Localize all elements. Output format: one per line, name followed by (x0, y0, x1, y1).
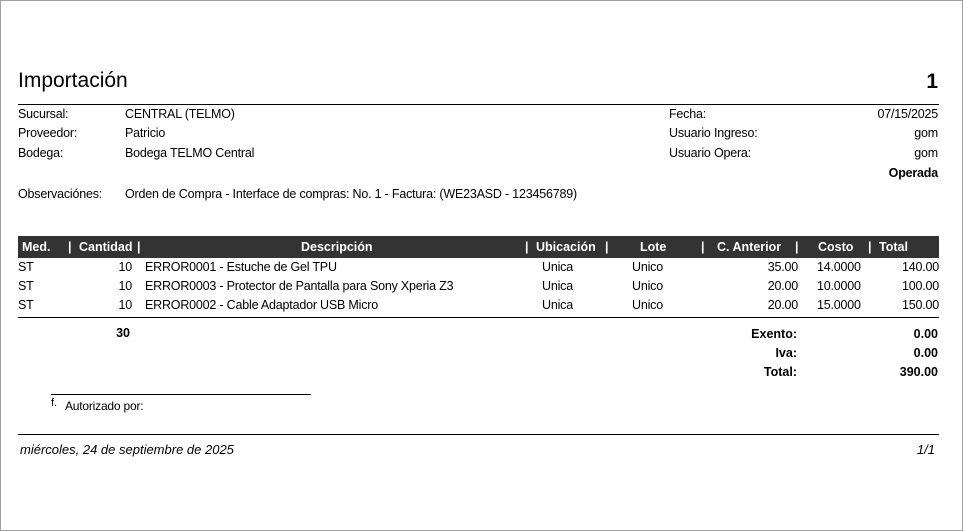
cell-c-anterior: 20.00 (768, 279, 798, 293)
table-header: Med. | Cantidad | Descripción | Ubicació… (18, 236, 939, 258)
cell-med: ST (18, 298, 34, 312)
exento-value: 0.00 (914, 327, 938, 341)
cell-c-anterior: 35.00 (768, 260, 798, 274)
title-divider (18, 104, 939, 105)
table-bottom-divider (18, 317, 939, 318)
observaciones-label: Observaciónes: (18, 187, 102, 201)
col-separator: | (605, 240, 609, 254)
cell-cantidad: 10 (118, 298, 132, 312)
signature-line (51, 394, 311, 395)
table-row: ST 10 ERROR0003 - Protector de Pantalla … (18, 278, 939, 297)
cell-total: 100.00 (902, 279, 939, 293)
cell-lote: Unico (632, 298, 663, 312)
col-separator: | (68, 240, 72, 254)
col-separator: | (868, 240, 872, 254)
footer-date: miércoles, 24 de septiembre de 2025 (20, 442, 234, 457)
iva-label: Iva: (775, 346, 797, 360)
table-row: ST 10 ERROR0002 - Cable Adaptador USB Mi… (18, 297, 939, 316)
cell-total: 150.00 (902, 298, 939, 312)
cell-c-anterior: 20.00 (768, 298, 798, 312)
col-separator: | (137, 240, 141, 254)
cell-cantidad: 10 (118, 260, 132, 274)
page-indicator: 1/1 (917, 442, 935, 457)
cell-cantidad: 10 (118, 279, 132, 293)
fecha-label: Fecha: (669, 107, 706, 121)
footer-divider (18, 434, 939, 435)
col-separator: | (525, 240, 529, 254)
observaciones-value: Orden de Compra - Interface de compras: … (125, 187, 577, 201)
cell-ubicacion: Unica (542, 298, 573, 312)
cell-med: ST (18, 260, 34, 274)
signature-label: Autorizado por: (65, 399, 143, 413)
cell-costo: 10.0000 (817, 279, 861, 293)
col-separator: | (795, 240, 799, 254)
total-cantidad: 30 (116, 326, 130, 340)
cell-costo: 14.0000 (817, 260, 861, 274)
bodega-label: Bodega: (18, 146, 63, 160)
cell-descripcion: ERROR0001 - Estuche de Gel TPU (145, 260, 337, 274)
cell-lote: Unico (632, 260, 663, 274)
document-number: 1 (926, 70, 938, 94)
proveedor-label: Proveedor: (18, 126, 77, 140)
iva-value: 0.00 (914, 346, 938, 360)
cell-ubicacion: Unica (542, 279, 573, 293)
signature-prefix: f. (51, 397, 57, 409)
proveedor-value: Patricio (125, 126, 165, 140)
col-separator: | (701, 240, 705, 254)
cell-lote: Unico (632, 279, 663, 293)
usuario-ingreso-value: gom (914, 126, 938, 140)
cell-ubicacion: Unica (542, 260, 573, 274)
col-total: Total (879, 240, 908, 254)
cell-descripcion: ERROR0002 - Cable Adaptador USB Micro (145, 298, 378, 312)
col-costo: Costo (818, 240, 853, 254)
sucursal-label: Sucursal: (18, 107, 68, 121)
usuario-opera-value: gom (914, 146, 938, 160)
fecha-value: 07/15/2025 (877, 107, 938, 121)
usuario-opera-label: Usuario Opera: (669, 146, 751, 160)
col-descripcion: Descripción (301, 240, 373, 254)
document-title: Importación (18, 69, 128, 93)
bodega-value: Bodega TELMO Central (125, 146, 254, 160)
col-lote: Lote (640, 240, 666, 254)
cell-costo: 15.0000 (817, 298, 861, 312)
report-page: Importación 1 Sucursal: CENTRAL (TELMO) … (0, 0, 963, 531)
col-ubicacion: Ubicación (536, 240, 596, 254)
cell-med: ST (18, 279, 34, 293)
col-c-anterior: C. Anterior (717, 240, 781, 254)
cell-total: 140.00 (902, 260, 939, 274)
sucursal-value: CENTRAL (TELMO) (125, 107, 235, 121)
exento-label: Exento: (751, 327, 797, 341)
col-med: Med. (22, 240, 50, 254)
col-cantidad: Cantidad (79, 240, 132, 254)
status-badge: Operada (889, 166, 938, 180)
table-row: ST 10 ERROR0001 - Estuche de Gel TPU Uni… (18, 259, 939, 278)
total-label: Total: (764, 365, 797, 379)
usuario-ingreso-label: Usuario Ingreso: (669, 126, 758, 140)
cell-descripcion: ERROR0003 - Protector de Pantalla para S… (145, 279, 453, 293)
total-value: 390.00 (900, 365, 938, 379)
